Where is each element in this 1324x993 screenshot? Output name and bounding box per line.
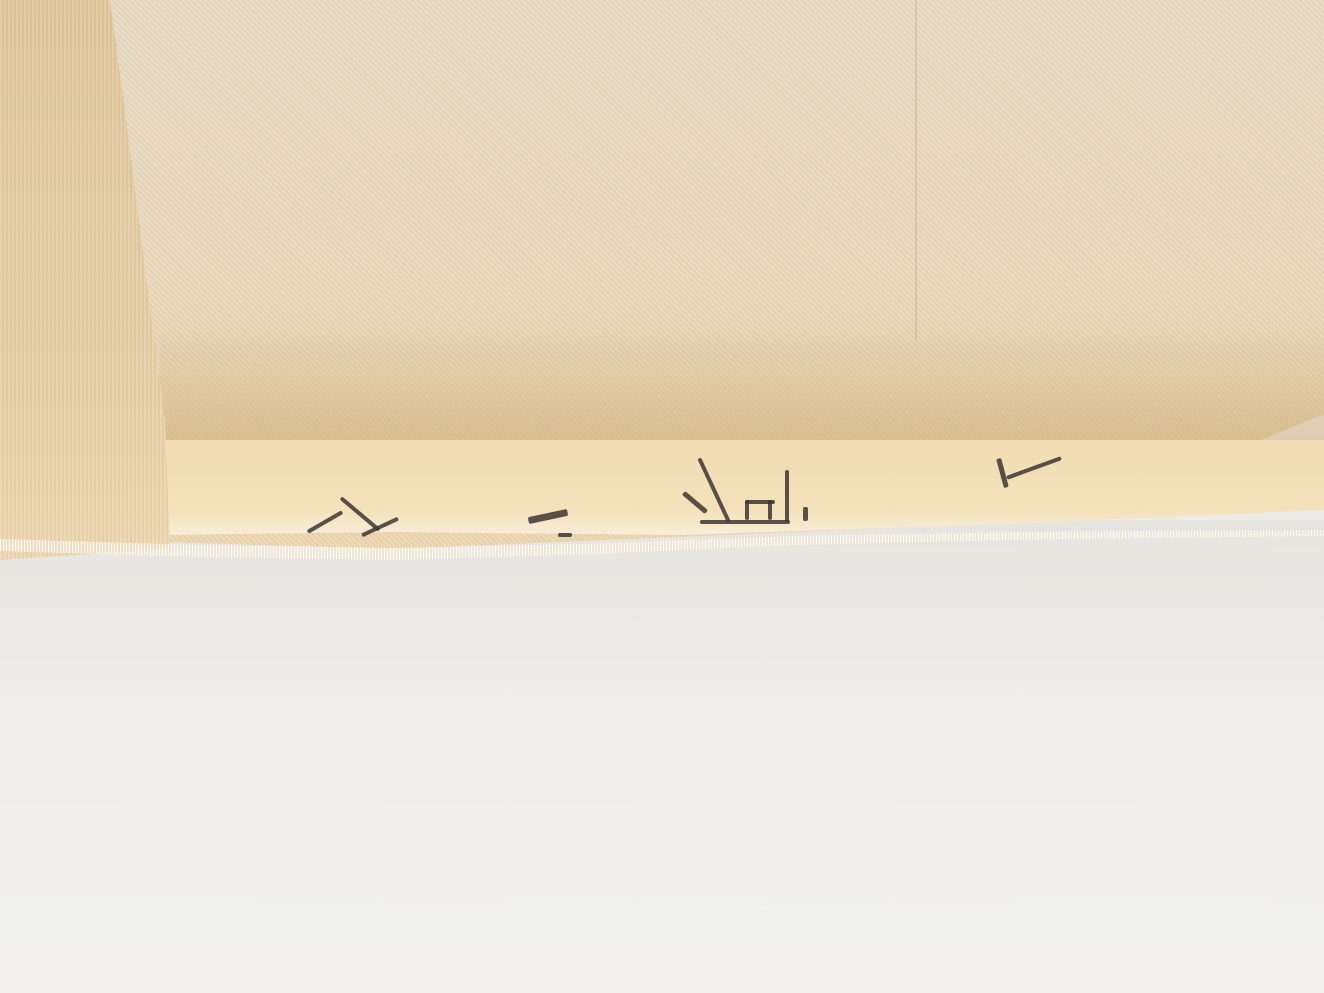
stain-band [160,330,1324,440]
vertical-seam [915,0,917,340]
textile-photo [0,0,1324,993]
backing-sheet [0,520,1324,993]
